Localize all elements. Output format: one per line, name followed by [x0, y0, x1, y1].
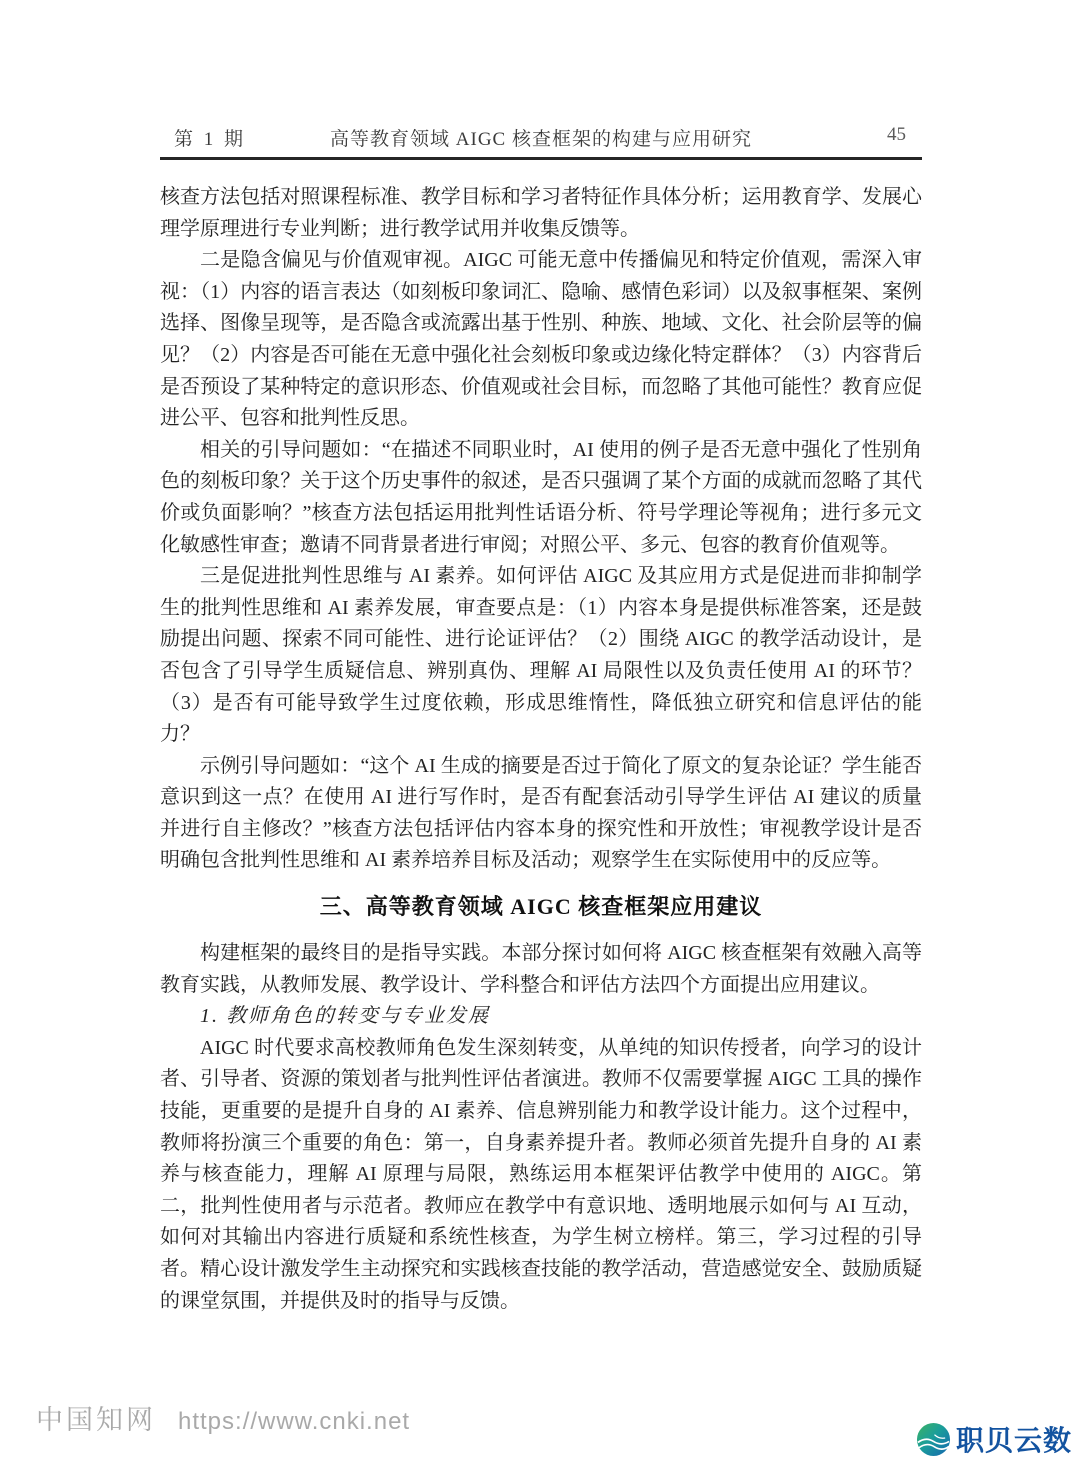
body-paragraph: 构建框架的最终目的是指导实践。本部分探讨如何将 AIGC 核查框架有效融入高等教…: [160, 938, 922, 1001]
body-paragraph: 核查方法包括对照课程标准、教学目标和学习者特征作具体分析；运用教育学、发展心理学…: [160, 182, 922, 245]
body-paragraph: 二是隐含偏见与价值观审视。AIGC 可能无意中传播偏见和特定价值观，需深入审视：…: [160, 245, 922, 435]
globe-wave-icon: [916, 1422, 951, 1457]
body-paragraph: 示例引导问题如：“这个 AI 生成的摘要是否过于简化了原文的复杂论证？学生能否意…: [160, 751, 922, 877]
cnki-watermark: 中国知网 https://www.cnki.net: [36, 1398, 410, 1437]
running-title: 高等教育领域 AIGC 核查框架的构建与应用研究: [160, 124, 922, 151]
body-paragraph: AIGC 时代要求高校教师角色发生深刻转变，从单纯的知识传授者，向学习的设计者、…: [160, 1033, 922, 1317]
document-page: 第 1 期 高等教育领域 AIGC 核查框架的构建与应用研究 45 核查方法包括…: [160, 0, 922, 1317]
vendor-logo: 职贝云数: [916, 1419, 1072, 1459]
cnki-site-url: https://www.cnki.net: [178, 1408, 410, 1436]
cnki-site-name: 中国知网: [36, 1398, 156, 1437]
body-paragraph: 相关的引导问题如：“在描述不同职业时，AI 使用的例子是否无意中强化了性别角色的…: [160, 435, 922, 561]
section-heading: 三、高等教育领域 AIGC 核查框架应用建议: [160, 891, 922, 923]
header-divider: [160, 157, 922, 160]
subsection-heading: 1. 教师角色的转变与专业发展: [160, 1001, 922, 1033]
page-number: 45: [887, 124, 906, 146]
page-header: 第 1 期 高等教育领域 AIGC 核查框架的构建与应用研究 45: [160, 124, 922, 150]
body-paragraph: 三是促进批判性思维与 AI 素养。如何评估 AIGC 及其应用方式是促进而非抑制…: [160, 561, 922, 751]
vendor-logo-text: 职贝云数: [956, 1419, 1072, 1459]
article-body: 核查方法包括对照课程标准、教学目标和学习者特征作具体分析；运用教育学、发展心理学…: [160, 182, 922, 1317]
